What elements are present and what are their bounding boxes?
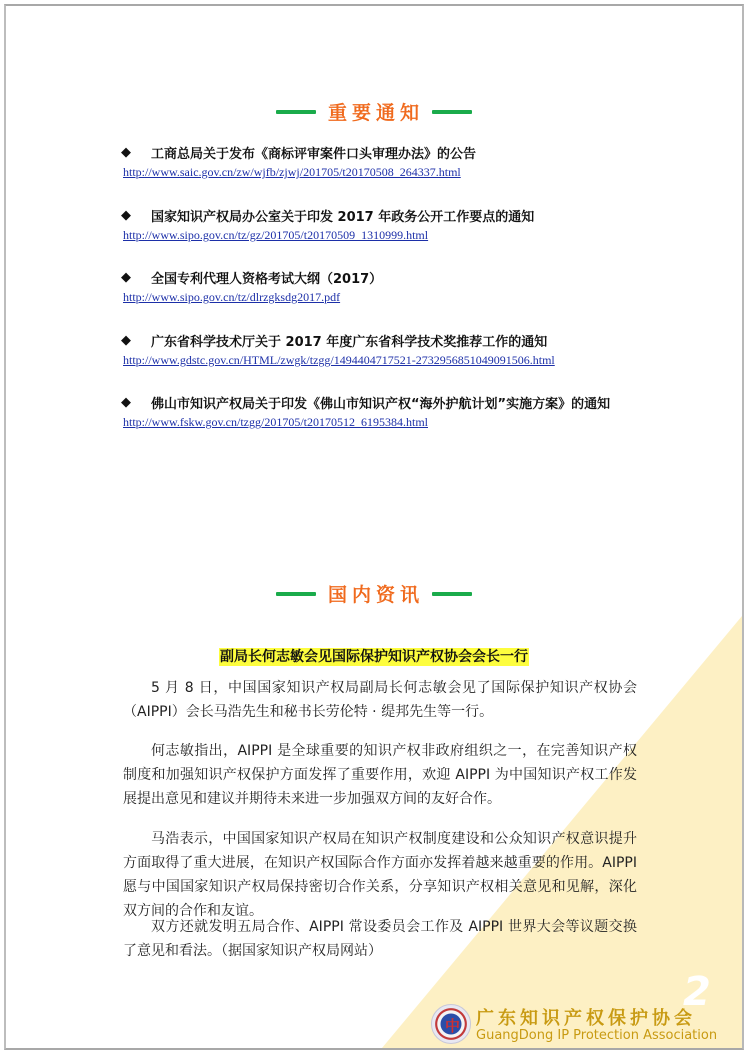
notice-item: ◆佛山市知识产权局关于印发《佛山市知识产权“海外护航计划”实施方案》的通知 ht… [123, 392, 610, 430]
notice-link[interactable]: http://www.gdstc.gov.cn/HTML/zwgk/tzgg/1… [123, 353, 555, 368]
diamond-bullet-icon: ◆ [121, 208, 151, 223]
notice-title: 佛山市知识产权局关于印发《佛山市知识产权“海外护航计划”实施方案》的通知 [151, 393, 610, 412]
section-bar-left [276, 592, 316, 596]
article-paragraph: 5 月 8 日，中国国家知识产权局副局长何志敏会见了国际保护知识产权协会（AIP… [123, 676, 637, 724]
notice-link[interactable]: http://www.saic.gov.cn/zw/wjfb/zjwj/2017… [123, 165, 476, 180]
headline-text: 副局长何志敏会见国际保护知识产权协会会长一行 [219, 648, 529, 666]
notice-title: 工商总局关于发布《商标评审案件口头审理办法》的公告 [151, 143, 476, 162]
article-paragraph: 双方还就发明五局合作、AIPPI 常设委员会工作及 AIPPI 世界大会等议题交… [123, 915, 637, 963]
section-bar-right [432, 110, 472, 114]
notice-title: 全国专利代理人资格考试大纲（2017） [151, 268, 382, 287]
association-logo-icon: 中 [431, 1004, 471, 1044]
article-body: 双方还就发明五局合作、AIPPI 常设委员会工作及 AIPPI 世界大会等议题交… [123, 915, 637, 963]
article-body: 5 月 8 日，中国国家知识产权局副局长何志敏会见了国际保护知识产权协会（AIP… [123, 676, 637, 724]
section-title: 重要通知 [328, 98, 424, 125]
article-paragraph: 马浩表示，中国国家知识产权局在知识产权制度建设和公众知识产权意识提升方面取得了重… [123, 827, 637, 923]
notice-item: ◆国家知识产权局办公室关于印发 2017 年政务公开工作要点的通知 http:/… [123, 205, 534, 243]
notice-item: ◆工商总局关于发布《商标评审案件口头审理办法》的公告 http://www.sa… [123, 142, 476, 180]
section-header-notices: 重要通知 [6, 98, 742, 125]
section-bar-right [432, 592, 472, 596]
notice-title: 国家知识产权局办公室关于印发 2017 年政务公开工作要点的通知 [151, 206, 534, 225]
notice-link[interactable]: http://www.sipo.gov.cn/tz/dlrzgksdg2017.… [123, 290, 382, 305]
notice-link[interactable]: http://www.sipo.gov.cn/tz/gz/201705/t201… [123, 228, 534, 243]
diamond-bullet-icon: ◆ [121, 270, 151, 285]
footer-org-name-en: GuangDong IP Protection Association [476, 1028, 717, 1043]
article-body: 何志敏指出，AIPPI 是全球重要的知识产权非政府组织之一，在完善知识产权制度和… [123, 739, 637, 811]
section-title: 国内资讯 [328, 580, 424, 607]
notice-link[interactable]: http://www.fskw.gov.cn/tzgg/201705/t2017… [123, 415, 610, 430]
page: 重要通知 ◆工商总局关于发布《商标评审案件口头审理办法》的公告 http://w… [4, 4, 744, 1050]
article-paragraph: 何志敏指出，AIPPI 是全球重要的知识产权非政府组织之一，在完善知识产权制度和… [123, 739, 637, 811]
notice-item: ◆广东省科学技术厅关于 2017 年度广东省科学技术奖推荐工作的通知 http:… [123, 330, 555, 368]
section-header-domestic: 国内资讯 [6, 580, 742, 607]
section-bar-left [276, 110, 316, 114]
notice-title: 广东省科学技术厅关于 2017 年度广东省科学技术奖推荐工作的通知 [151, 331, 547, 350]
notice-item: ◆全国专利代理人资格考试大纲（2017） http://www.sipo.gov… [123, 267, 382, 305]
article-headline: 副局长何志敏会见国际保护知识产权协会会长一行 [6, 646, 742, 666]
article-body: 马浩表示，中国国家知识产权局在知识产权制度建设和公众知识产权意识提升方面取得了重… [123, 827, 637, 923]
diamond-bullet-icon: ◆ [121, 395, 151, 410]
diamond-bullet-icon: ◆ [121, 333, 151, 348]
footer-org-name-cn: 广东知识产权保护协会 [476, 1004, 696, 1030]
diamond-bullet-icon: ◆ [121, 145, 151, 160]
